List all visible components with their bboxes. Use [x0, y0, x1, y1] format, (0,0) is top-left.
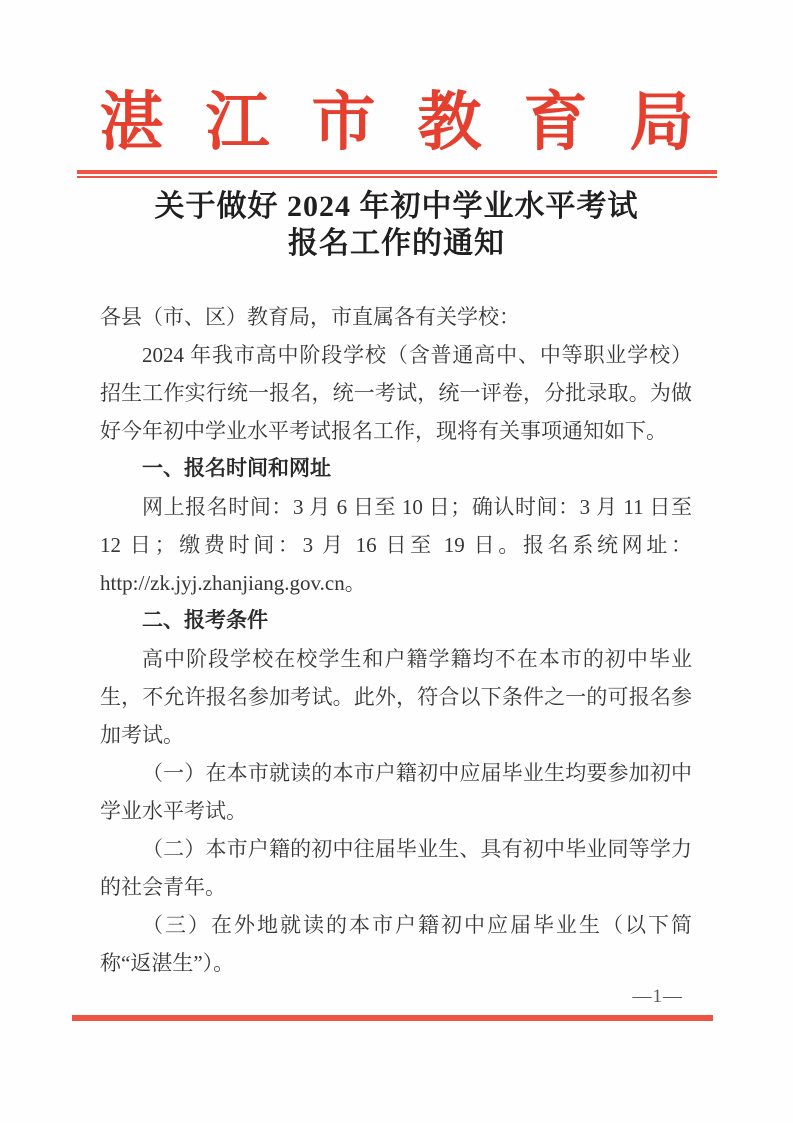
- agency-name: 湛江市教育局: [0, 0, 793, 156]
- eligibility-paragraph: 高中阶段学校在校学生和户籍学籍均不在本市的初中毕业生，不允许报名参加考试。此外，…: [100, 640, 692, 754]
- title-line-2: 报名工作的通知: [0, 225, 793, 262]
- page-number: —1—: [633, 986, 684, 1008]
- condition-item-3: （三）在外地就读的本市户籍初中应届毕业生（以下简称“返湛生”）。: [100, 906, 692, 982]
- document-body: 各县（市、区）教育局，市直属各有关学校： 2024 年我市高中阶段学校（含普通高…: [100, 298, 692, 982]
- document-page: 湛江市教育局 关于做好 2024 年初中学业水平考试 报名工作的通知 各县（市、…: [0, 0, 793, 1123]
- document-title: 关于做好 2024 年初中学业水平考试 报名工作的通知: [0, 188, 793, 262]
- letterhead-divider: [77, 170, 717, 178]
- letterhead: 湛江市教育局: [0, 0, 793, 178]
- section-heading-eligibility: 二、报考条件: [100, 602, 692, 640]
- section-heading-registration-time: 一、报名时间和网址: [100, 450, 692, 488]
- condition-item-1: （一）在本市就读的本市户籍初中应届毕业生均要参加初中学业水平考试。: [100, 754, 692, 830]
- intro-paragraph: 2024 年我市高中阶段学校（含普通高中、中等职业学校）招生工作实行统一报名，统…: [100, 336, 692, 450]
- condition-item-2: （二）本市户籍的初中往届毕业生、具有初中毕业同等学力的社会青年。: [100, 830, 692, 906]
- registration-time-paragraph: 网上报名时间：3 月 6 日至 10 日；确认时间：3 月 11 日至 12 日…: [100, 488, 692, 602]
- footer-divider: [72, 1015, 713, 1021]
- title-line-1: 关于做好 2024 年初中学业水平考试: [0, 188, 793, 225]
- salutation-line: 各县（市、区）教育局，市直属各有关学校：: [100, 298, 692, 336]
